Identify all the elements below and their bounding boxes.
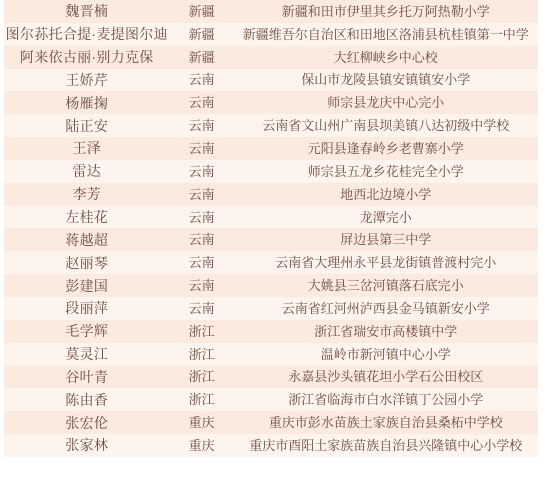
teacher-name-cell: 王娇芹: [4, 73, 170, 87]
teacher-name-cell: 魏晋楠: [4, 4, 170, 18]
school-name-cell: 师宗县五龙乡花桂完全小学: [234, 165, 538, 178]
province-cell: 浙江: [170, 348, 234, 361]
school-name-cell: 大红柳峡乡中心校: [234, 51, 538, 64]
school-name-cell: 永嘉县沙头镇花坦小学石公田校区: [234, 370, 538, 383]
province-cell: 云南: [170, 96, 234, 109]
teacher-name-cell: 左桂花: [4, 210, 170, 224]
province-cell: 新疆: [170, 5, 234, 18]
teacher-name-cell: 陈由香: [4, 393, 170, 407]
province-cell: 云南: [170, 302, 234, 315]
province-cell: 云南: [170, 73, 234, 86]
table-row: 张家林 重庆 重庆市酉阳土家族苗族自治县兴隆镇中心小学校: [4, 434, 538, 457]
province-cell: 重庆: [170, 439, 234, 452]
province-cell: 云南: [170, 211, 234, 224]
teacher-name-cell: 毛学辉: [4, 324, 170, 338]
table-row: 杨雁掬 云南 师宗县龙庆中心完小: [4, 91, 538, 114]
province-cell: 云南: [170, 188, 234, 201]
school-name-cell: 云南省大理州永平县龙街镇普渡村完小: [234, 256, 538, 269]
teacher-name-cell: 陆正安: [4, 119, 170, 133]
province-cell: 云南: [170, 119, 234, 132]
teacher-roster-table: 魏晋楠 新疆 新疆和田市伊里其乡托万阿热勒小学 图尔荪托合提·麦提图尔迪 新疆 …: [4, 0, 538, 457]
school-name-cell: 师宗县龙庆中心完小: [234, 96, 538, 109]
school-name-cell: 元阳县逢春岭乡老曹寨小学: [234, 142, 538, 155]
table-row: 魏晋楠 新疆 新疆和田市伊里其乡托万阿热勒小学: [4, 0, 538, 23]
table-row: 阿来依古丽·别力克保 新疆 大红柳峡乡中心校: [4, 46, 538, 69]
table-row: 王泽 云南 元阳县逢春岭乡老曹寨小学: [4, 137, 538, 160]
teacher-name-cell: 杨雁掬: [4, 96, 170, 110]
teacher-name-cell: 张宏伦: [4, 416, 170, 430]
province-cell: 新疆: [170, 28, 234, 41]
teacher-name-cell: 莫灵江: [4, 347, 170, 361]
school-name-cell: 地西北边境小学: [234, 188, 538, 201]
teacher-name-cell: 阿来依古丽·别力克保: [4, 50, 170, 64]
table-row: 毛学辉 浙江 浙江省瑞安市高楼镇中学: [4, 320, 538, 343]
teacher-name-cell: 张家林: [4, 438, 170, 452]
province-cell: 浙江: [170, 325, 234, 338]
table-row: 左桂花 云南 龙潭完小: [4, 206, 538, 229]
table-row: 雷达 云南 师宗县五龙乡花桂完全小学: [4, 160, 538, 183]
teacher-name-cell: 段丽萍: [4, 301, 170, 315]
table-row: 蒋越超 云南 屏边县第三中学: [4, 228, 538, 251]
teacher-name-cell: 李芳: [4, 187, 170, 201]
school-name-cell: 屏边县第三中学: [234, 233, 538, 246]
province-cell: 云南: [170, 256, 234, 269]
school-name-cell: 云南省红河州泸西县金马镇新安小学: [234, 302, 538, 315]
school-name-cell: 保山市龙陵县镇安镇镇安小学: [234, 73, 538, 86]
table-row: 莫灵江 浙江 温岭市新河镇中心小学: [4, 343, 538, 366]
teacher-name-cell: 雷达: [4, 164, 170, 178]
table-row: 谷叶青 浙江 永嘉县沙头镇花坦小学石公田校区: [4, 366, 538, 389]
province-cell: 云南: [170, 142, 234, 155]
table-row: 陆正安 云南 云南省文山州广南县坝美镇八达初级中学校: [4, 114, 538, 137]
school-name-cell: 大姚县三岔河镇落石底完小: [234, 279, 538, 292]
teacher-name-cell: 蒋越超: [4, 233, 170, 247]
teacher-name-cell: 彭建国: [4, 279, 170, 293]
province-cell: 云南: [170, 165, 234, 178]
province-cell: 云南: [170, 233, 234, 246]
province-cell: 重庆: [170, 416, 234, 429]
teacher-name-cell: 谷叶青: [4, 370, 170, 384]
school-name-cell: 新疆维吾尔自治区和田地区洛浦县杭桂镇第一中学: [234, 28, 538, 41]
school-name-cell: 新疆和田市伊里其乡托万阿热勒小学: [234, 5, 538, 18]
teacher-name-cell: 图尔荪托合提·麦提图尔迪: [4, 27, 170, 41]
table-row: 段丽萍 云南 云南省红河州泸西县金马镇新安小学: [4, 297, 538, 320]
school-name-cell: 重庆市彭水苗族土家族自治县桑柘中学校: [234, 416, 538, 429]
table-row: 李芳 云南 地西北边境小学: [4, 183, 538, 206]
table-row: 陈由香 浙江 浙江省临海市白水洋镇丁公园小学: [4, 388, 538, 411]
table-row: 张宏伦 重庆 重庆市彭水苗族土家族自治县桑柘中学校: [4, 411, 538, 434]
table-row: 赵丽琴 云南 云南省大理州永平县龙街镇普渡村完小: [4, 251, 538, 274]
teacher-name-cell: 赵丽琴: [4, 256, 170, 270]
table-row: 王娇芹 云南 保山市龙陵县镇安镇镇安小学: [4, 69, 538, 92]
school-name-cell: 温岭市新河镇中心小学: [234, 348, 538, 361]
province-cell: 云南: [170, 279, 234, 292]
province-cell: 新疆: [170, 51, 234, 64]
school-name-cell: 浙江省临海市白水洋镇丁公园小学: [234, 393, 538, 406]
table-row: 图尔荪托合提·麦提图尔迪 新疆 新疆维吾尔自治区和田地区洛浦县杭桂镇第一中学: [4, 23, 538, 46]
province-cell: 浙江: [170, 393, 234, 406]
school-name-cell: 云南省文山州广南县坝美镇八达初级中学校: [234, 119, 538, 132]
table-row: 彭建国 云南 大姚县三岔河镇落石底完小: [4, 274, 538, 297]
province-cell: 浙江: [170, 370, 234, 383]
school-name-cell: 重庆市酉阳土家族苗族自治县兴隆镇中心小学校: [234, 439, 538, 452]
teacher-name-cell: 王泽: [4, 141, 170, 155]
school-name-cell: 浙江省瑞安市高楼镇中学: [234, 325, 538, 338]
school-name-cell: 龙潭完小: [234, 211, 538, 224]
